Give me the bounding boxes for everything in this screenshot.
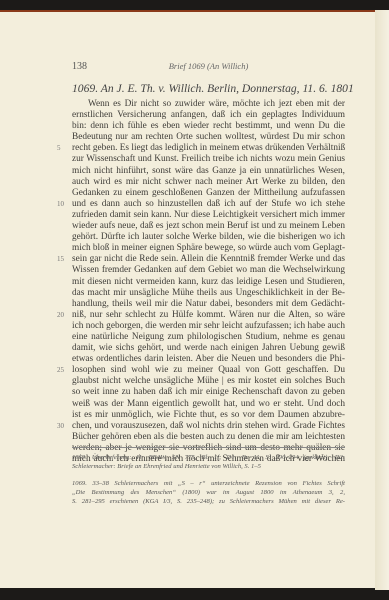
note-line: 1069. Überlieferung: H: BBAW, SN 775, Bl… [72,453,345,462]
text-line: das macht mir unsägliche Mühe theils aus… [72,288,345,299]
text-line: bin: denn ich fühle es eben wieder recht… [72,121,345,132]
line-number: 25 [57,365,64,376]
note-line: „Die Bestimmung des Menschen“ (1800) war… [72,488,345,497]
line-text: zur Wissenschaft und Kunst. Freilich tre… [72,154,345,165]
text-line: eine natürliche Neigung zum philologisch… [72,332,345,343]
text-line: mit diesen nicht vermeiden kann, kurz da… [72,277,345,288]
text-line: Bücher gehören eben als die besten auch … [72,432,345,443]
text-line: mich bloß in meiner eignen Sphäre bewege… [72,243,345,254]
line-text: Bedeutung nur am rechten Orte suchen wol… [72,132,345,143]
next-page-edge [375,10,389,590]
running-head: Brief 1069 (An Willich) [72,61,345,71]
text-line: Wissen fremder Gedanken auf dem Gebiet w… [72,265,345,276]
text-line: ernstlichen Versicherung anfangen, daß i… [72,110,345,121]
text-line: mich nicht hinführt, sonst wäre das Ganz… [72,166,345,177]
text-line: 5recht geben. Es liegt das lediglich in … [72,143,345,154]
line-number: 5 [57,143,61,154]
page-header: 138 Brief 1069 (An Willich) [72,61,345,73]
note-line: 1069. 33–38 Schleiermachers mit „S – r“ … [72,479,345,488]
line-text: das macht mir unsägliche Mühe theils aus… [72,288,345,299]
note-line: S. 281–295 erschienen (KGA I/3, S. 235–2… [72,497,345,506]
line-text: niß, nur sehr schlecht zu Hülfe kommt. W… [72,310,345,321]
line-text: recht geben. Es liegt das lediglich in m… [72,143,345,154]
text-line: Bedeutung nur am rechten Orte suchen wol… [72,132,345,143]
line-text: chen, und vorauszusezen, daß wol nichts … [72,421,345,432]
text-line: etwas ordentliches darin leisten. Aber d… [72,354,345,365]
text-line: weiß was der Mann eigentlich gewollt hat… [72,399,345,410]
note-line: Schleiermacher: Briefe an Ehrenfried und… [72,462,345,471]
text-line: 25losophen sind wohl wie zu meiner Quaal… [72,365,345,376]
text-line: 10und es dann auch so hinzustellen daß i… [72,199,345,210]
text-line: handlung, theils weil mir die Natur dabe… [72,299,345,310]
line-text: mich nicht hinführt, sonst wäre das Ganz… [72,166,345,177]
editorial-notes: 1069. Überlieferung: H: BBAW, SN 775, Bl… [72,453,345,514]
text-line: 15sein gar nicht die Rede sein. Allein d… [72,254,345,265]
line-text: Bücher gehören eben als die besten auch … [72,432,345,443]
text-line: ich noch geborgen, die werden mir sehr l… [72,321,345,332]
text-line: 30chen, und vorauszusezen, daß wol nicht… [72,421,345,432]
line-text: auch wird es mir nicht schwer nach meine… [72,177,345,188]
letter-body: Wenn es Dir nicht so zuwider wäre, möcht… [72,99,345,465]
line-text: Wenn es Dir nicht so zuwider wäre, möcht… [72,99,345,110]
line-text: eine natürliche Neigung zum philologisch… [72,332,345,343]
footnote-rule [72,447,345,448]
line-text: mit diesen nicht vermeiden kann, kurz da… [72,277,345,288]
letter-title: 1069. An J. E. Th. v. Willich. Berlin, D… [72,82,345,95]
text-line: zufrieden damit sein kann. Nur diese Lei… [72,210,345,221]
line-text: handlung, theils weil mir die Natur dabe… [72,299,345,310]
line-text: ernstlichen Versicherung anfangen, daß i… [72,110,345,121]
line-text: etwas ordentliches darin leisten. Aber d… [72,354,345,365]
line-text: weiß was der Mann eigentlich gewollt hat… [72,399,345,410]
line-text: gehört. Dürfte ich lauter solche Werke b… [72,232,345,243]
line-text: mich bloß in meiner eignen Sphäre bewege… [72,243,345,254]
text-line: wieder aufs neue, daß es jezt schon mein… [72,221,345,232]
line-number: 10 [57,199,64,210]
line-text: damit, wie sichs gehört, und werde nach … [72,343,345,354]
text-line: zur Wissenschaft und Kunst. Freilich tre… [72,154,345,165]
line-number: 20 [57,310,64,321]
text-line: gehört. Dürfte ich lauter solche Werke b… [72,232,345,243]
line-number: 15 [57,254,64,265]
line-text: zufrieden damit sein kann. Nur diese Lei… [72,210,345,221]
line-number: 30 [57,421,64,432]
line-text: bin: denn ich fühle es eben wieder recht… [72,121,345,132]
line-text: glaubst nicht welche unsägliche Mühe | e… [72,376,345,387]
text-line: Gedanken zu einem geschloßenen Ganzen de… [72,188,345,199]
text-line: auch wird es mir nicht schwer nach meine… [72,177,345,188]
line-text: losophen sind wohl wie zu meiner Quaal v… [72,365,345,376]
text-line: damit, wie sichs gehört, und werde nach … [72,343,345,354]
line-text: wieder aufs neue, daß es jezt schon mein… [72,221,345,232]
text-line: ist es mir unmöglich, wie Fichte thut, e… [72,410,345,421]
text-line: so weit inne zu haben daß ich mir einige… [72,387,345,398]
text-line: Wenn es Dir nicht so zuwider wäre, möcht… [72,99,345,110]
line-text: Wissen fremder Gedanken auf dem Gebiet w… [72,265,345,276]
line-text: sein gar nicht die Rede sein. Allein die… [72,254,345,265]
line-text: ich noch geborgen, die werden mir sehr l… [72,321,345,332]
line-text: ist es mir unmöglich, wie Fichte thut, e… [72,410,345,421]
line-text: und es dann auch so hinzustellen daß ich… [72,199,345,210]
text-line: 20niß, nur sehr schlecht zu Hülfe kommt.… [72,310,345,321]
text-line: glaubst nicht welche unsägliche Mühe | e… [72,376,345,387]
line-text: Gedanken zu einem geschloßenen Ganzen de… [72,188,345,199]
line-text: so weit inne zu haben daß ich mir einige… [72,387,345,398]
note: 1069. Überlieferung: H: BBAW, SN 775, Bl… [72,453,345,471]
note: 1069. 33–38 Schleiermachers mit „S – r“ … [72,479,345,506]
